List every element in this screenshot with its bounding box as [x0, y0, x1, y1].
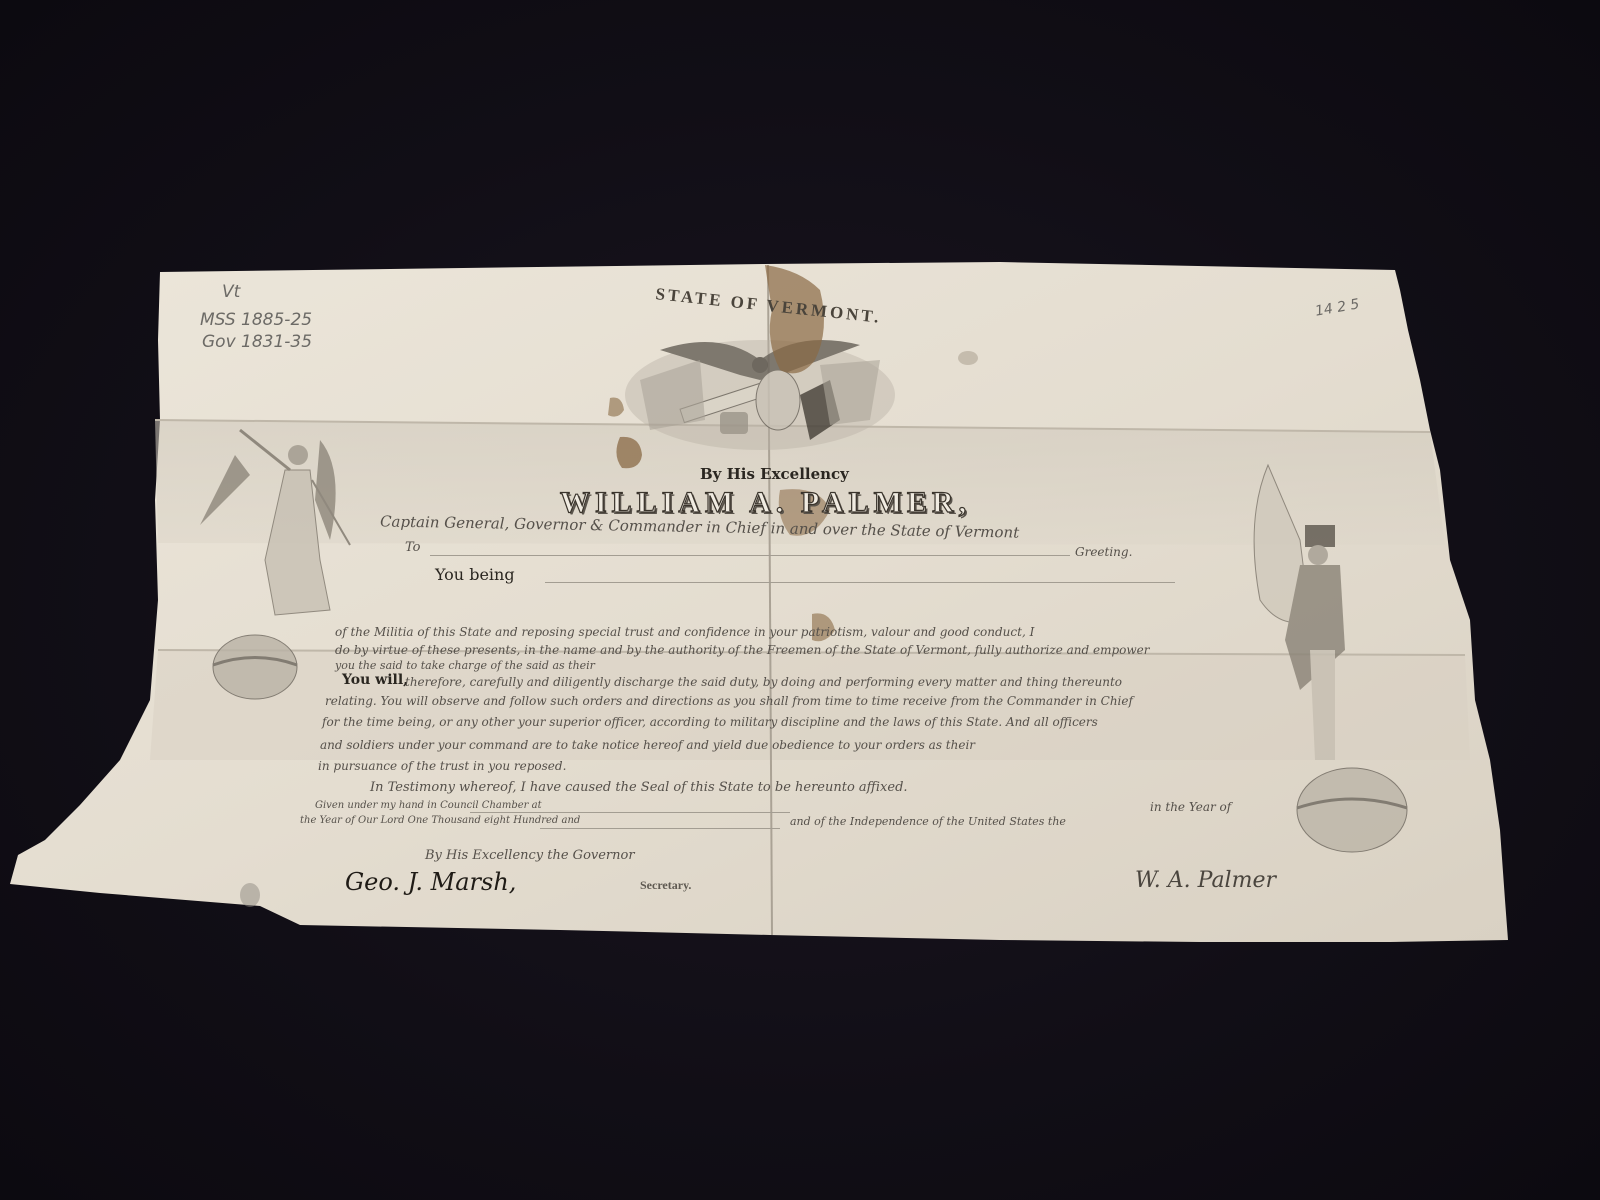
body-line-3: you the said to take charge of the said …: [335, 659, 595, 672]
secretary-label: Secretary.: [640, 878, 691, 893]
eagle-seal-illustration: [625, 340, 895, 450]
year-of-label: in the Year of: [1150, 800, 1231, 814]
you-will-line-3: for the time being, or any other your su…: [322, 715, 1098, 729]
body-line-1: of the Militia of this State and reposin…: [335, 625, 1034, 639]
given-line: Given under my hand in Council Chamber a…: [315, 800, 542, 811]
year-line-left: the Year of Our Lord One Thousand eight …: [300, 815, 580, 826]
by-governor-line: By His Excellency the Governor: [425, 848, 635, 863]
by-his-excellency-heading: By His Excellency: [700, 465, 849, 483]
body-line-2: do by virtue of these presents, in the n…: [335, 643, 1150, 657]
testimony-line: In Testimony whereof, I have caused the …: [370, 780, 908, 795]
year-line-mid: and of the Independence of the United St…: [790, 815, 1066, 828]
governor-name-heading: WILLIAM A. PALMER,: [560, 486, 971, 520]
commission-document: Vt MSS 1885-25 Gov 1831-35 14 2 5 STATE …: [0, 0, 1600, 1200]
you-will-line-2: relating. You will observe and follow su…: [325, 694, 1133, 708]
pencil-note-mss: MSS 1885-25: [200, 310, 312, 330]
pencil-note-gov: Gov 1831-35: [202, 332, 312, 352]
you-being-label: You being: [435, 565, 515, 584]
secretary-signature: Geo. J. Marsh,: [345, 868, 516, 896]
to-label: To: [405, 540, 421, 555]
you-will-label: You will,: [342, 672, 408, 688]
you-will-line-5: in pursuance of the trust in you reposed…: [318, 759, 566, 773]
you-will-line-1: therefore, carefully and diligently disc…: [405, 675, 1122, 689]
you-will-line-4: and soldiers under your command are to t…: [320, 738, 975, 752]
greeting-label: Greeting.: [1075, 545, 1132, 559]
pencil-note-vt: Vt: [222, 282, 240, 302]
paper-sheet: [0, 0, 1600, 1200]
governor-signature: W. A. Palmer: [1135, 868, 1276, 893]
